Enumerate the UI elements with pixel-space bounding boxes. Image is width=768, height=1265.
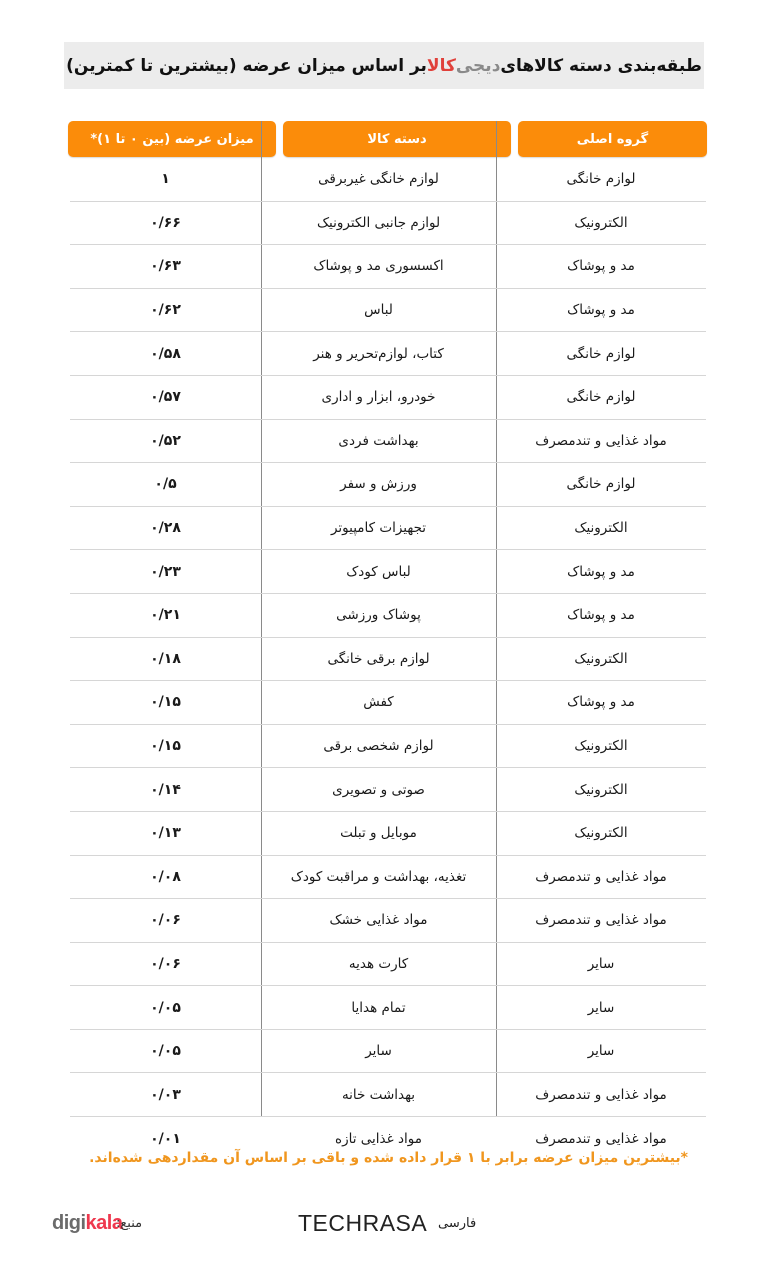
cell-value: ۰/۵ <box>70 476 261 492</box>
cell-value: ۰/۲۱ <box>70 607 261 623</box>
cell-category: لباس کودک <box>261 564 496 580</box>
cell-group: مواد غذایی و تندمصرف <box>496 1131 706 1147</box>
cell-group: الکترونیک <box>496 215 706 231</box>
table-row: مد و پوشاکپوشاک ورزشی۰/۲۱ <box>70 594 706 638</box>
header-category: دسته کالا <box>283 121 511 157</box>
cell-value: ۰/۱۸ <box>70 651 261 667</box>
cell-group: لوازم خانگی <box>496 171 706 187</box>
cell-category: مواد غذایی خشک <box>261 912 496 928</box>
cell-category: تمام هدایا <box>261 1000 496 1016</box>
cell-group: الکترونیک <box>496 651 706 667</box>
cell-category: کفش <box>261 694 496 710</box>
cell-group: لوازم خانگی <box>496 476 706 492</box>
cell-category: کارت هدیه <box>261 956 496 972</box>
cell-category: کتاب، لوازم‌تحریر و هنر <box>261 346 496 362</box>
cell-category: موبایل و تبلت <box>261 825 496 841</box>
cell-group: الکترونیک <box>496 738 706 754</box>
cell-category: خودرو، ابزار و اداری <box>261 389 496 405</box>
table-row: مد و پوشاکلباس۰/۶۲ <box>70 289 706 333</box>
table-row: مواد غذایی و تندمصرفبهداشت فردی۰/۵۲ <box>70 420 706 464</box>
cell-value: ۰/۰۶ <box>70 956 261 972</box>
table-row: مد و پوشاککفش۰/۱۵ <box>70 681 706 725</box>
cell-value: ۰/۰۳ <box>70 1087 261 1103</box>
source-label: منبع: <box>116 1216 142 1231</box>
cell-value: ۰/۰۱ <box>70 1131 261 1147</box>
cell-category: لباس <box>261 302 496 318</box>
table-row: مواد غذایی و تندمصرفبهداشت خانه۰/۰۳ <box>70 1073 706 1117</box>
footer: digikala منبع: TECHRASA فارسی <box>0 1208 768 1244</box>
cell-group: الکترونیک <box>496 782 706 798</box>
cell-value: ۰/۵۲ <box>70 433 261 449</box>
cell-value: ۰/۵۸ <box>70 346 261 362</box>
cell-group: سایر <box>496 956 706 972</box>
cell-group: مد و پوشاک <box>496 607 706 623</box>
cell-value: ۰/۰۵ <box>70 1043 261 1059</box>
cell-category: صوتی و تصویری <box>261 782 496 798</box>
table-row: مد و پوشاکلباس کودک۰/۲۳ <box>70 550 706 594</box>
cell-category: ورزش و سفر <box>261 476 496 492</box>
table-row: مواد غذایی و تندمصرفمواد غذایی خشک۰/۰۶ <box>70 899 706 943</box>
table-row: الکترونیکموبایل و تبلت۰/۱۳ <box>70 812 706 856</box>
cell-value: ۰/۱۵ <box>70 738 261 754</box>
digikala-logo-digi: digi <box>52 1212 86 1234</box>
cell-value: ۰/۱۳ <box>70 825 261 841</box>
table-row: الکترونیکلوازم شخصی برقی۰/۱۵ <box>70 725 706 769</box>
cell-value: ۰/۲۳ <box>70 564 261 580</box>
title-brand-digi: دیجی <box>456 56 501 76</box>
cell-value: ۰/۱۵ <box>70 694 261 710</box>
cell-category: لوازم برقی خانگی <box>261 651 496 667</box>
cell-value: ۰/۱۴ <box>70 782 261 798</box>
cell-category: بهداشت خانه <box>261 1087 496 1103</box>
cell-value: ۰/۰۵ <box>70 1000 261 1016</box>
cell-value: ۱ <box>70 171 261 187</box>
cell-group: لوازم خانگی <box>496 389 706 405</box>
techrasa-logo: TECHRASA <box>298 1210 427 1237</box>
cell-value: ۰/۰۸ <box>70 869 261 885</box>
table-row: الکترونیکلوازم جانبی الکترونیک۰/۶۶ <box>70 202 706 246</box>
table-row: الکترونیکلوازم برقی خانگی۰/۱۸ <box>70 638 706 682</box>
cell-group: مواد غذایی و تندمصرف <box>496 1087 706 1103</box>
header-group: گروه اصلی <box>518 121 707 157</box>
cell-value: ۰/۵۷ <box>70 389 261 405</box>
cell-category: لوازم خانگی غیربرقی <box>261 171 496 187</box>
cell-category: لوازم شخصی برقی <box>261 738 496 754</box>
cell-group: مد و پوشاک <box>496 694 706 710</box>
cell-group: مد و پوشاک <box>496 258 706 274</box>
title-prefix: طبقه‌بندی دسته کالاهای <box>500 56 701 76</box>
cell-category: اکسسوری مد و پوشاک <box>261 258 496 274</box>
table-row: مواد غذایی و تندمصرفتغذیه، بهداشت و مراق… <box>70 856 706 900</box>
table-row: سایرتمام هدایا۰/۰۵ <box>70 986 706 1030</box>
table-row: سایرسایر۰/۰۵ <box>70 1030 706 1074</box>
title-suffix: بر اساس میزان عرضه (بیشترین تا کمترین) <box>66 56 427 76</box>
cell-category: تغذیه، بهداشت و مراقبت کودک <box>261 869 496 885</box>
cell-group: لوازم خانگی <box>496 346 706 362</box>
table-header: گروه اصلی دسته کالا میزان عرضه (بین ۰ تا… <box>68 121 707 157</box>
header-value: میزان عرضه (بین ۰ تا ۱)* <box>68 121 276 157</box>
table-row: لوازم خانگیلوازم خانگی غیربرقی۱ <box>70 158 706 202</box>
cell-value: ۰/۰۶ <box>70 912 261 928</box>
cell-group: مواد غذایی و تندمصرف <box>496 433 706 449</box>
cell-category: بهداشت فردی <box>261 433 496 449</box>
cell-value: ۰/۶۲ <box>70 302 261 318</box>
cell-group: الکترونیک <box>496 520 706 536</box>
cell-group: الکترونیک <box>496 825 706 841</box>
table-row: الکترونیکتجهیزات کامپیوتر۰/۲۸ <box>70 507 706 551</box>
table-row: مد و پوشاکاکسسوری مد و پوشاک۰/۶۳ <box>70 245 706 289</box>
page-title: طبقه‌بندی دسته کالاهای دیجیکالا بر اساس … <box>64 42 704 89</box>
cell-category: تجهیزات کامپیوتر <box>261 520 496 536</box>
cell-value: ۰/۶۶ <box>70 215 261 231</box>
cell-category: پوشاک ورزشی <box>261 607 496 623</box>
cell-value: ۰/۲۸ <box>70 520 261 536</box>
table-body: لوازم خانگیلوازم خانگی غیربرقی۱الکترونیک… <box>70 158 706 1161</box>
cell-group: سایر <box>496 1000 706 1016</box>
footnote: *بیشترین میزان عرضه برابر با ۱ قرار داده… <box>60 1150 688 1166</box>
cell-group: سایر <box>496 1043 706 1059</box>
cell-group: مد و پوشاک <box>496 302 706 318</box>
cell-group: مواد غذایی و تندمصرف <box>496 869 706 885</box>
techrasa-farsi-label: فارسی <box>438 1216 476 1231</box>
cell-category: سایر <box>261 1043 496 1059</box>
title-brand-kala: کالا <box>427 56 456 76</box>
table-row: سایرکارت هدیه۰/۰۶ <box>70 943 706 987</box>
cell-category: لوازم جانبی الکترونیک <box>261 215 496 231</box>
table-row: لوازم خانگیکتاب، لوازم‌تحریر و هنر۰/۵۸ <box>70 332 706 376</box>
cell-value: ۰/۶۳ <box>70 258 261 274</box>
table-row: لوازم خانگیورزش و سفر۰/۵ <box>70 463 706 507</box>
cell-category: مواد غذایی تازه <box>261 1131 496 1147</box>
table-row: لوازم خانگیخودرو، ابزار و اداری۰/۵۷ <box>70 376 706 420</box>
cell-group: مواد غذایی و تندمصرف <box>496 912 706 928</box>
digikala-logo: digikala <box>52 1212 122 1235</box>
table-row: الکترونیکصوتی و تصویری۰/۱۴ <box>70 768 706 812</box>
cell-group: مد و پوشاک <box>496 564 706 580</box>
